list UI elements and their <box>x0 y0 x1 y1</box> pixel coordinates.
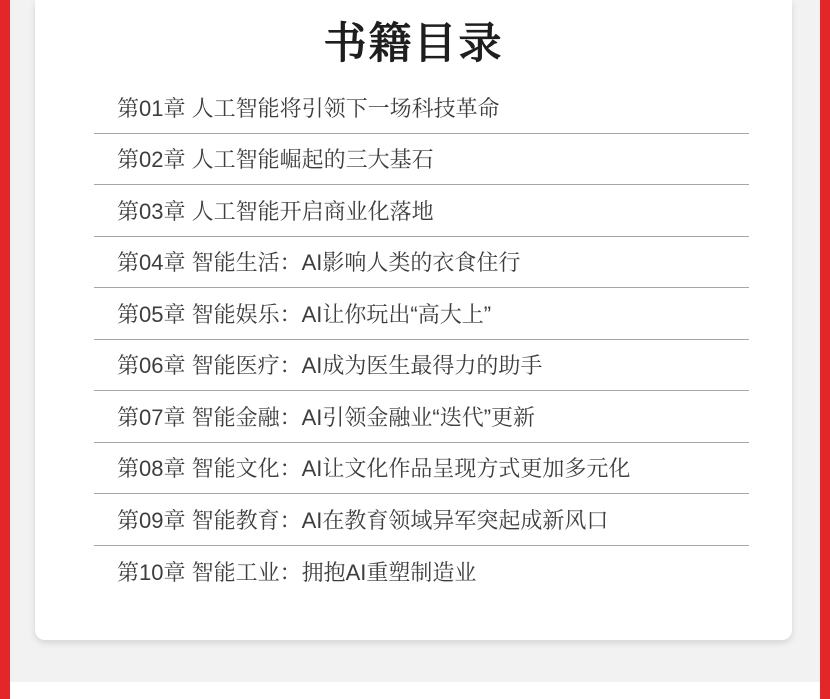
chapter-label: 第09章 智能教育：AI在教育领域异军突起成新风口 <box>117 504 608 535</box>
toc-title: 书籍目录 <box>35 0 792 72</box>
chapter-label: 第07章 智能金融：AI引领金融业“迭代”更新 <box>117 401 535 432</box>
chapter-list-item: 第04章 智能生活：AI影响人类的衣食住行 <box>94 237 749 289</box>
chapter-list-item: 第08章 智能文化：AI让文化作品呈现方式更加多元化 <box>94 443 749 495</box>
right-red-edge-bar <box>820 0 830 699</box>
chapter-label: 第04章 智能生活：AI影响人类的衣食住行 <box>117 246 520 277</box>
chapter-list: 第01章 人工智能将引领下一场科技革命 第02章 人工智能崛起的三大基石 第03… <box>94 82 749 597</box>
toc-card: 书籍目录 第01章 人工智能将引领下一场科技革命 第02章 人工智能崛起的三大基… <box>35 0 792 640</box>
chapter-list-item: 第10章 智能工业：拥抱AI重塑制造业 <box>94 546 749 598</box>
chapter-label: 第02章 人工智能崛起的三大基石 <box>117 143 434 174</box>
chapter-list-item: 第01章 人工智能将引领下一场科技革命 <box>94 82 749 134</box>
chapter-label: 第10章 智能工业：拥抱AI重塑制造业 <box>117 556 476 587</box>
chapter-label: 第01章 人工智能将引领下一场科技革命 <box>117 92 500 123</box>
chapter-list-item: 第05章 智能娱乐：AI让你玩出“高大上” <box>94 288 749 340</box>
book-toc-page: 书籍目录 第01章 人工智能将引领下一场科技革命 第02章 人工智能崛起的三大基… <box>0 0 830 699</box>
left-red-edge-bar <box>0 0 10 699</box>
chapter-list-item: 第03章 人工智能开启商业化落地 <box>94 185 749 237</box>
chapter-list-item: 第02章 人工智能崛起的三大基石 <box>94 134 749 186</box>
chapter-label: 第03章 人工智能开启商业化落地 <box>117 195 434 226</box>
next-section-background <box>10 682 820 699</box>
chapter-list-item: 第07章 智能金融：AI引领金融业“迭代”更新 <box>94 391 749 443</box>
chapter-list-item: 第09章 智能教育：AI在教育领域异军突起成新风口 <box>94 494 749 546</box>
chapter-label: 第08章 智能文化：AI让文化作品呈现方式更加多元化 <box>117 452 630 483</box>
chapter-list-item: 第06章 智能医疗：AI成为医生最得力的助手 <box>94 340 749 392</box>
chapter-label: 第05章 智能娱乐：AI让你玩出“高大上” <box>117 298 491 329</box>
chapter-label: 第06章 智能医疗：AI成为医生最得力的助手 <box>117 349 542 380</box>
